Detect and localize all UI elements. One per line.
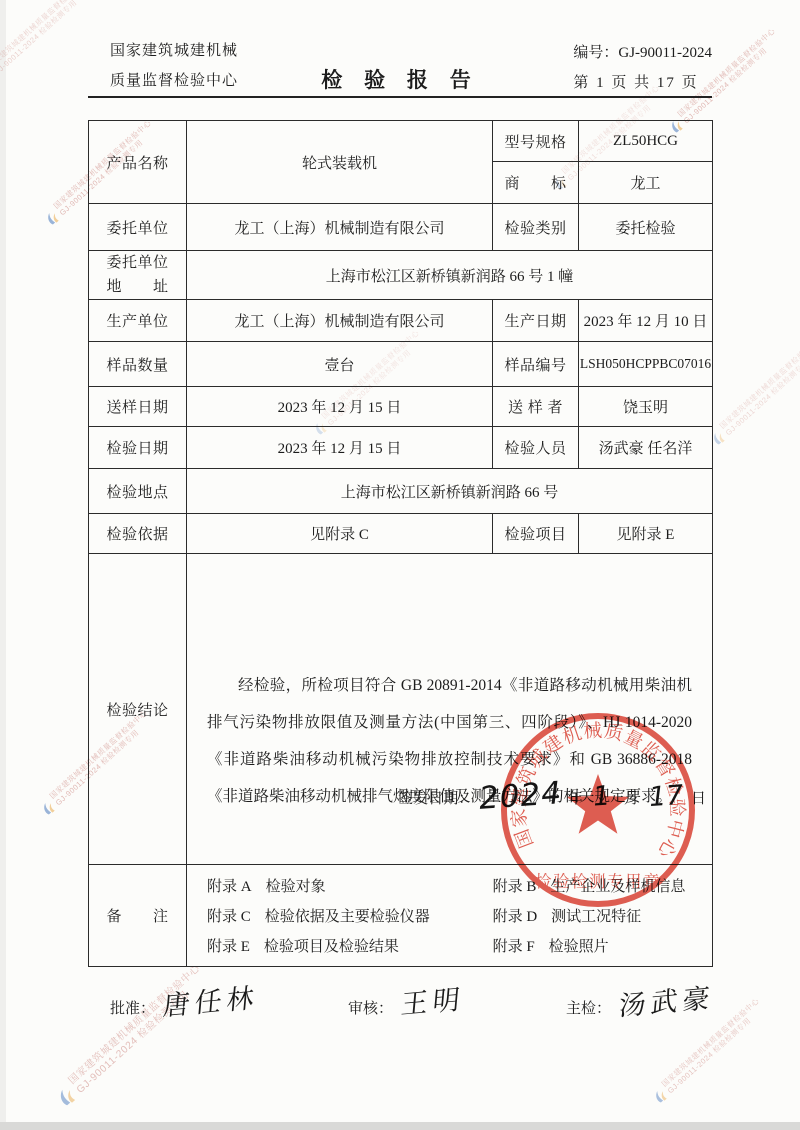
appendix-code: 附录 A [207, 879, 252, 895]
issue-day-handwritten: 17 [648, 780, 684, 813]
report-number: 编号：GJ-90011-2024 [573, 38, 712, 68]
table-row: 检验依据 见附录 C 检验项目 见附录 E [89, 514, 713, 554]
client-address-label-line1: 委托单位 [89, 251, 186, 275]
inspectors-label: 检验人员 [493, 427, 579, 469]
table-row: 送样日期 2023 年 12 月 15 日 送 样 者 饶玉明 [89, 387, 713, 427]
model-value: ZL50HCG [579, 121, 713, 162]
year-char: 年 [568, 791, 583, 807]
sample-no-value: LSH050HCPPBC07016 [579, 342, 713, 387]
inspection-date-label: 检验日期 [89, 427, 187, 469]
appendix-item: 附录 A检验对象 [207, 875, 493, 896]
sample-no-label: 样品编号 [493, 342, 579, 387]
location-label: 检验地点 [89, 469, 187, 514]
model-label: 型号规格 [493, 121, 579, 162]
brand-value: 龙工 [579, 162, 713, 204]
product-name-label: 产品名称 [89, 121, 187, 204]
issue-date-line: 签发日期：2024 年1 月17 日 [398, 775, 706, 811]
sample-qty-label: 样品数量 [89, 342, 187, 387]
org-name-line1: 国家建筑城建机械 [110, 36, 238, 66]
sender-value: 饶玉明 [579, 387, 713, 427]
appendix-title: 检验对象 [266, 879, 326, 895]
items-value: 见附录 E [579, 514, 713, 554]
center-logo-icon [38, 798, 58, 818]
appendix-title: 检验项目及检验结果 [264, 939, 399, 955]
approve-signature: 唐任林 [161, 976, 260, 1024]
sample-qty-value: 壹台 [187, 342, 493, 387]
watermark-line2: GJ-90011-2024 检验检测专用 [0, 0, 93, 77]
appendix-item: 附录 C检验依据及主要检验仪器 [207, 905, 493, 926]
sender-label: 送 样 者 [493, 387, 579, 427]
table-row: 检验日期 2023 年 12 月 15 日 检验人员 汤武豪 任名洋 [89, 427, 713, 469]
signature-footer: 批准：唐任林 审核：王明 主检：汤武豪 [92, 972, 716, 1032]
chief-signature: 汤武豪 [617, 976, 716, 1024]
day-char: 日 [691, 791, 706, 807]
remarks-label: 备 注 [89, 865, 187, 967]
watermark-line1: 国家建筑城建机械质量监督检验中心 [0, 0, 87, 71]
client-address-label: 委托单位 地 址 [89, 251, 187, 300]
client-label: 委托单位 [89, 204, 187, 251]
brand-label: 商 标 [493, 162, 579, 204]
center-logo-icon [52, 1083, 79, 1110]
review-label: 审核： [348, 1001, 393, 1017]
appendix-item: 附录 E检验项目及检验结果 [207, 935, 493, 956]
items-label: 检验项目 [493, 514, 579, 554]
inspection-date-value: 2023 年 12 月 15 日 [187, 427, 493, 469]
scan-edge-bottom [0, 1122, 800, 1130]
chief-group: 主检：汤武豪 [566, 982, 715, 1021]
conclusion-cell: 经检验，所检项目符合 GB 20891-2014《非道路移动机械用柴油机排气污染… [187, 554, 713, 865]
watermark-line2: GJ-90011-2024 检验检测专用 [724, 345, 800, 437]
delivery-date-label: 送样日期 [89, 387, 187, 427]
table-row: 产品名称 轮式装载机 型号规格 ZL50HCG [89, 121, 713, 162]
manufacturer-value: 龙工（上海）机械制造有限公司 [187, 300, 493, 342]
issue-year-handwritten: 2024 [478, 775, 563, 817]
approve-label: 批准： [110, 1001, 155, 1017]
client-value: 龙工（上海）机械制造有限公司 [187, 204, 493, 251]
appendix-code: 附录 D [493, 909, 538, 925]
delivery-date-value: 2023 年 12 月 15 日 [187, 387, 493, 427]
report-page: 国家建筑城建机械质量监督检验中心GJ-90011-2024 检验检测专用 国家建… [0, 0, 800, 1130]
watermark: 国家建筑城建机械质量监督检验中心GJ-90011-2024 检验检测专用 [0, 0, 93, 88]
client-address-label-line2: 地 址 [89, 275, 186, 299]
watermark: 国家建筑城建机械质量监督检验中心GJ-90011-2024 检验检测专用 [706, 338, 800, 448]
review-group: 审核：王明 [348, 982, 465, 1021]
table-row: 委托单位 地 址 上海市松江区新桥镇新润路 66 号 1 幢 [89, 251, 713, 300]
appendix-code: 附录 B [493, 879, 537, 895]
appendix-title: 检验依据及主要检验仪器 [265, 909, 430, 925]
appendix-code: 附录 C [207, 909, 251, 925]
table-row: 检验地点 上海市松江区新桥镇新润路 66 号 [89, 469, 713, 514]
basis-label: 检验依据 [89, 514, 187, 554]
appendix-title: 生产企业及样机信息 [550, 879, 685, 895]
scan-edge-left [0, 0, 6, 1130]
issue-date-label: 签发日期： [398, 791, 473, 807]
appendix-title: 检验照片 [549, 939, 609, 955]
table-row: 生产单位 龙工（上海）机械制造有限公司 生产日期 2023 年 12 月 10 … [89, 300, 713, 342]
table-row: 委托单位 龙工（上海）机械制造有限公司 检验类别 委托检验 [89, 204, 713, 251]
basis-value: 见附录 C [187, 514, 493, 554]
production-date-value: 2023 年 12 月 10 日 [579, 300, 713, 342]
month-char: 月 [624, 791, 639, 807]
table-row: 备 注 附录 A检验对象 附录 B生产企业及样机信息 附录 C检验依据及主要检验… [89, 865, 713, 967]
review-signature: 王明 [399, 977, 466, 1022]
appendix-code: 附录 F [493, 939, 535, 955]
table-row: 检验结论 经检验，所检项目符合 GB 20891-2014《非道路移动机械用柴油… [89, 554, 713, 865]
chief-label: 主检： [566, 1001, 611, 1017]
manufacturer-label: 生产单位 [89, 300, 187, 342]
appendix-code: 附录 E [207, 939, 250, 955]
appendix-item: 附录 B生产企业及样机信息 [493, 875, 708, 896]
table-row: 样品数量 壹台 样品编号 LSH050HCPPBC07016 [89, 342, 713, 387]
location-value: 上海市松江区新桥镇新润路 66 号 [187, 469, 713, 514]
remarks-cell: 附录 A检验对象 附录 B生产企业及样机信息 附录 C检验依据及主要检验仪器 附… [187, 865, 713, 967]
product-name-value: 轮式装载机 [187, 121, 493, 204]
client-address-value: 上海市松江区新桥镇新润路 66 号 1 幢 [187, 251, 713, 300]
report-header: 国家建筑城建机械 质量监督检验中心 检 验 报 告 编号：GJ-90011-20… [88, 34, 712, 96]
appendix-item: 附录 F检验照片 [493, 935, 708, 956]
info-table: 产品名称 轮式装载机 型号规格 ZL50HCG 商 标 龙工 委托单位 龙工（上… [88, 120, 713, 967]
conclusion-label: 检验结论 [89, 554, 187, 865]
appendix-title: 测试工况特征 [551, 909, 641, 925]
issue-month-handwritten: 1 [592, 780, 611, 812]
production-date-label: 生产日期 [493, 300, 579, 342]
inspection-type-value: 委托检验 [579, 204, 713, 251]
center-logo-icon [42, 208, 62, 228]
page-info: 第 1 页 共 17 页 [573, 68, 712, 98]
inspectors-value: 汤武豪 任名洋 [579, 427, 713, 469]
watermark-line1: 国家建筑城建机械质量监督检验中心 [718, 338, 800, 430]
header-divider [88, 96, 712, 98]
center-logo-icon [650, 1086, 670, 1106]
inspection-type-label: 检验类别 [493, 204, 579, 251]
appendix-item: 附录 D测试工况特征 [493, 905, 708, 926]
approve-group: 批准：唐任林 [110, 982, 259, 1021]
